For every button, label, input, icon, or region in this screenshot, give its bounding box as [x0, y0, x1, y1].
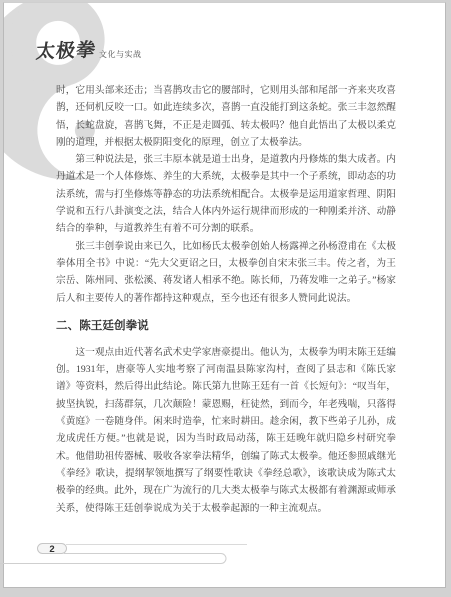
book-page: 太极拳 文化与实战 时，它用头部来还击；当喜鹊攻击它的腰部时，它则用头部和尾部一… — [3, 2, 446, 588]
page-header: 太极拳 文化与实战 — [36, 41, 142, 63]
footer-decoration: 2 — [0, 536, 260, 570]
footer-loop-line — [0, 554, 226, 564]
paragraph-4: 这一观点由近代著名武术史学家唐豪提出。他认为，太极拳为明末陈王廷编创。1931年… — [56, 344, 396, 517]
page-content: 时，它用头部来还击；当喜鹊攻击它的腰部时，它则用头部和尾部一齐来夹攻喜鹊，还伺机… — [56, 82, 396, 517]
paragraph-2: 第三种说法是，张三丰原本就是道士出身，是道教内丹修炼的集大成者。内丹道术是一个人… — [56, 151, 396, 237]
brand-logo: 太极拳 — [35, 40, 98, 64]
brand-subtitle: 文化与实战 — [99, 50, 142, 63]
paragraph-1: 时，它用头部来还击；当喜鹊攻击它的腰部时，它则用头部和尾部一齐来夹攻喜鹊，还伺机… — [56, 82, 396, 151]
section-heading: 二、陈王廷创拳说 — [56, 317, 396, 335]
page-number: 2 — [49, 544, 54, 555]
paragraph-3: 张三丰创拳说由来已久，比如杨氏太极拳创始人杨露禅之孙杨澄甫在《太极拳体用全书》中… — [56, 238, 396, 307]
